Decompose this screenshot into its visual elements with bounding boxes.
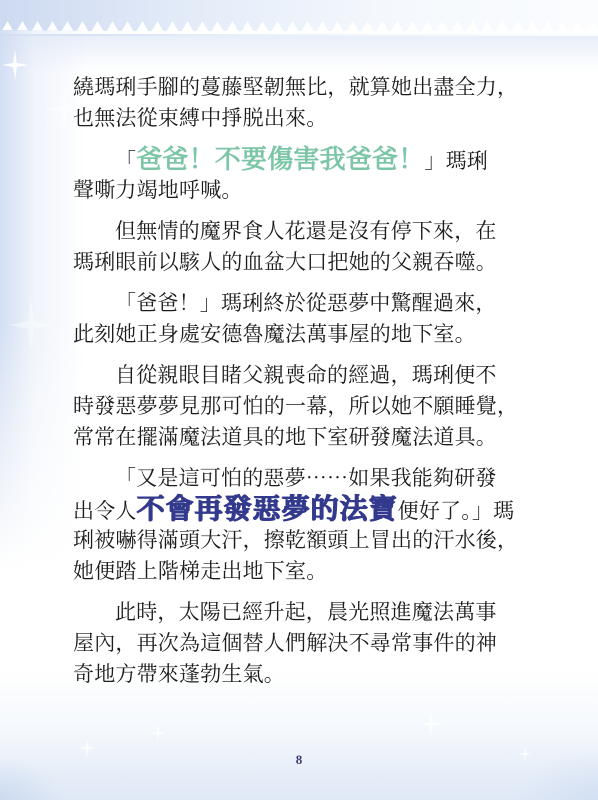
body-text: 聲嘶力竭地呼喊。	[73, 178, 243, 202]
text-line: 但無情的魔界食人花還是沒有停下來，在	[73, 216, 548, 247]
body-text: 「	[115, 149, 136, 173]
body-text: 此刻她正身處安德魯魔法萬事屋的地下室。	[73, 322, 476, 346]
body-text: 也無法從束縛中掙脱出來。	[73, 106, 327, 130]
text-line: 繞瑪琍手腳的蔓藤堅韌無比，就算她出盡全力，	[73, 72, 548, 103]
text-line: 屋內，再次為這個替人們解決不尋常事件的神	[73, 628, 548, 659]
body-text: 「爸爸！」瑪琍終於從惡夢中驚醒過來，	[115, 291, 497, 315]
text-line: 時發惡夢夢見那可怕的一幕，所以她不願睡覺，	[73, 391, 548, 422]
body-text: 「又是這可怕的惡夢⋯⋯如果我能夠研發	[115, 466, 497, 490]
text-line: 常常在擺滿魔法道具的地下室研發魔法道具。	[73, 422, 548, 453]
body-text: 常常在擺滿魔法道具的地下室研發魔法道具。	[73, 425, 497, 449]
text-line: 聲嘶力竭地呼喊。	[73, 175, 548, 206]
text-line: 也無法從束縛中掙脱出來。	[73, 103, 548, 134]
page-number: 8	[0, 752, 598, 768]
text-line: 「爸爸！不要傷害我爸爸！」瑪琍	[73, 144, 548, 175]
text-line: 「又是這可怕的惡夢⋯⋯如果我能夠研發	[73, 463, 548, 494]
body-text: 出令人	[73, 499, 137, 523]
text-line: 出令人不會再發惡夢的法寶便好了。」瑪	[73, 494, 548, 525]
text-line: 瑪琍眼前以駭人的血盆大口把她的父親吞噬。	[73, 247, 548, 278]
text-line: 自從親眼目睹父親喪命的經過，瑪琍便不	[73, 360, 548, 391]
body-text: 」瑪琍	[424, 149, 488, 173]
body-text: 但無情的魔界食人花還是沒有停下來，在	[115, 219, 497, 243]
book-page: { "page": { "number": "8" }, "colors": {…	[0, 0, 598, 800]
text-line: 琍被嚇得滿頭大汗，擦乾額頭上冒出的汗水後，	[73, 525, 548, 556]
body-text: 琍被嚇得滿頭大汗，擦乾額頭上冒出的汗水後，	[73, 528, 518, 552]
text-line: 「爸爸！」瑪琍終於從惡夢中驚醒過來，	[73, 288, 548, 319]
body-text: 屋內，再次為這個替人們解決不尋常事件的神	[73, 631, 497, 655]
body-text: 奇地方帶來蓬勃生氣。	[73, 662, 285, 686]
text-line: 她便踏上階梯走出地下室。	[73, 556, 548, 587]
body-text: 她便踏上階梯走出地下室。	[73, 559, 327, 583]
text-block: 繞瑪琍手腳的蔓藤堅韌無比，就算她出盡全力，也無法從束縛中掙脱出來。「爸爸！不要傷…	[73, 72, 548, 690]
body-text: 自從親眼目睹父親喪命的經過，瑪琍便不	[115, 363, 497, 387]
top-border-fade	[0, 36, 598, 72]
text-line: 奇地方帶來蓬勃生氣。	[73, 659, 548, 690]
body-text: 此時，太陽已經升起，晨光照進魔法萬事	[115, 600, 497, 624]
dialogue-highlight-text: 爸爸！不要傷害我爸爸！	[136, 145, 424, 174]
body-text: 繞瑪琍手腳的蔓藤堅韌無比，就算她出盡全力，	[73, 75, 518, 99]
triangle-bunting-trim	[0, 21, 598, 31]
body-text: 瑪琍眼前以駭人的血盆大口把她的父親吞噬。	[73, 250, 497, 274]
text-line: 此刻她正身處安德魯魔法萬事屋的地下室。	[73, 319, 548, 350]
trim-line	[0, 31, 598, 34]
magic-item-emphasis-text: 不會再發惡夢的法寶	[137, 494, 398, 525]
text-line: 此時，太陽已經升起，晨光照進魔法萬事	[73, 597, 548, 628]
body-text: 時發惡夢夢見那可怕的一幕，所以她不願睡覺，	[73, 394, 518, 418]
body-text: 便好了。」瑪	[398, 499, 515, 523]
